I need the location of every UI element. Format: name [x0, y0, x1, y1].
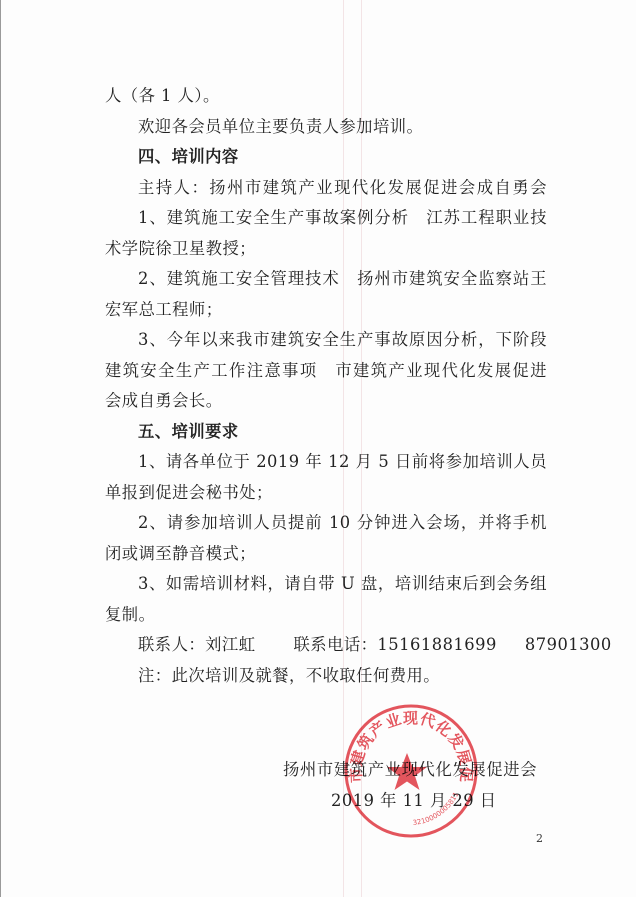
contact-line: 联系人：刘江虹联系电话：1516188169987901300 — [105, 630, 547, 661]
document-page: 人（各 1 人）。 欢迎各会员单位主要负责人参加培训。 四、培训内容 主持人：扬… — [0, 0, 636, 897]
paragraph-line: 1、建筑施工安全生产事故案例分析 江苏工程职业技 — [105, 203, 547, 234]
paragraph-line: 人（各 1 人）。 — [105, 81, 547, 112]
paragraph-line: 欢迎各会员单位主要负责人参加培训。 — [105, 112, 547, 143]
contact-person-name: 刘江虹 — [205, 635, 255, 654]
paragraph-line: 单报到促进会秘书处； — [105, 478, 547, 509]
note-line: 注：此次培训及就餐，不收取任何费用。 — [105, 661, 547, 692]
document-body: 人（各 1 人）。 欢迎各会员单位主要负责人参加培训。 四、培训内容 主持人：扬… — [105, 81, 547, 691]
contact-phone-office: 87901300 — [525, 635, 612, 654]
paragraph-line: 术学院徐卫星教授； — [105, 234, 547, 265]
paragraph-line: 会成自勇会长。 — [105, 386, 547, 417]
paragraph-line: 2、建筑施工安全管理技术 扬州市建筑安全监察站王 — [105, 264, 547, 295]
paragraph-line: 闭或调至静音模式； — [105, 539, 547, 570]
contact-phone-mobile: 15161881699 — [377, 635, 496, 654]
paragraph-line: 复制。 — [105, 600, 547, 631]
paragraph-line: 宏军总工程师； — [105, 295, 547, 326]
paragraph-line: 建筑安全生产工作注意事项 市建筑产业现代化发展促进 — [105, 356, 547, 387]
official-seal-icon: 扬州市建筑产业现代化发展促进会 3210000005811 — [343, 703, 479, 839]
contact-phone-label: 联系电话： — [294, 635, 378, 654]
paragraph-line: 1、请各单位于 2019 年 12 月 5 日前将参加培训人员名 — [105, 447, 547, 478]
paragraph-line: 主持人：扬州市建筑产业现代化发展促进会成自勇会长。 — [105, 173, 547, 204]
section-heading-training-content: 四、培训内容 — [105, 142, 547, 173]
page-number: 2 — [536, 832, 543, 845]
paragraph-line: 3、今年以来我市建筑安全生产事故原因分析，下阶段 — [105, 325, 547, 356]
contact-person-label: 联系人： — [138, 635, 205, 654]
section-heading-training-requirements: 五、培训要求 — [105, 417, 547, 448]
paragraph-line: 3、如需培训材料，请自带 U 盘，培训结束后到会务组 — [105, 569, 547, 600]
paragraph-line: 2、请参加培训人员提前 10 分钟进入会场，并将手机关 — [105, 508, 547, 539]
